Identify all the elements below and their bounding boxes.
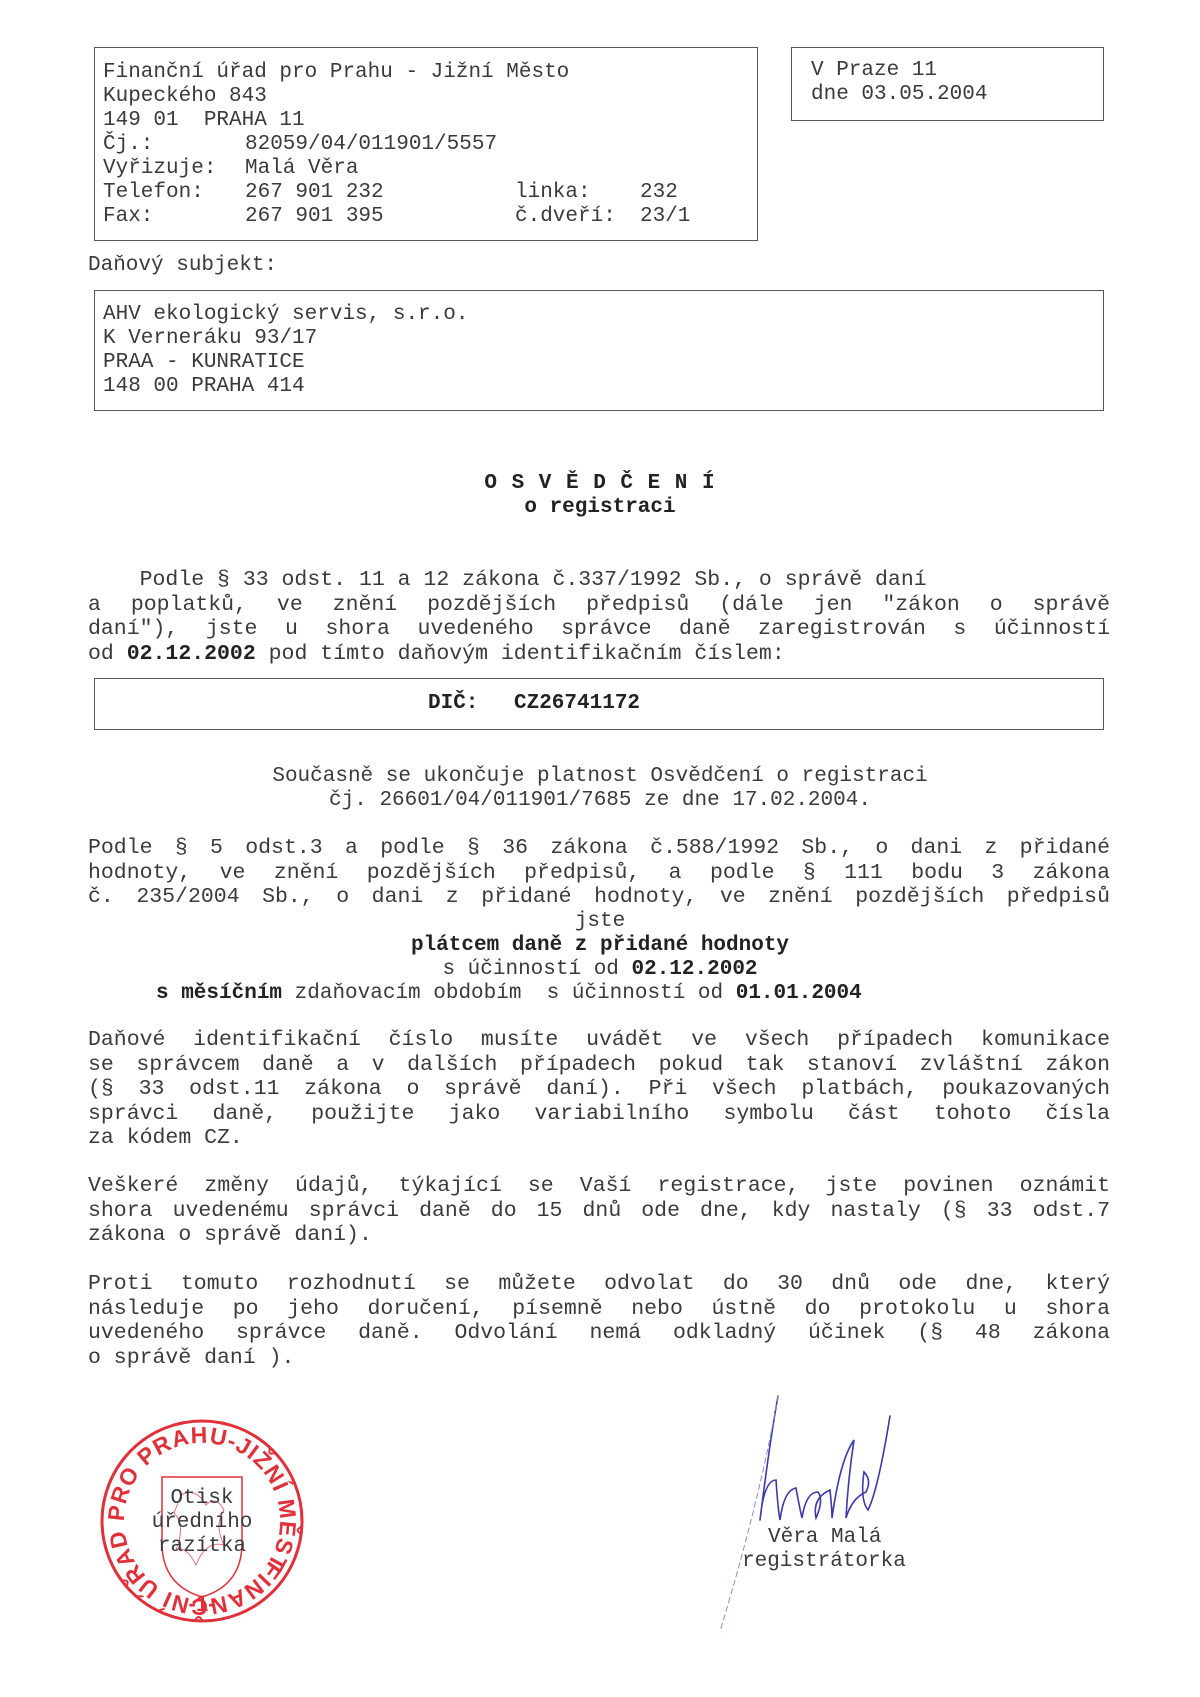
dic-usage-paragraph: Daňové identifikační číslo musíte uvádět… <box>88 1028 1110 1151</box>
intro-suffix: pod tímto daňovým identifikačním číslem: <box>256 642 785 666</box>
appeal-line: Proti tomuto rozhodnutí se můžete odvola… <box>88 1272 1110 1297</box>
door-value: 23/1 <box>640 205 690 229</box>
door-label: č.dveří: <box>515 205 616 229</box>
subject-label: Daňový subjekt: <box>88 254 277 278</box>
document-title: O S V Ě D Č E N Í <box>0 472 1200 496</box>
place: V Praze 11 <box>811 59 937 83</box>
dic-usage-line: (§ 33 odst.11 zákona o správě daní). Při… <box>88 1077 1110 1102</box>
phone-label: Telefon: <box>103 181 204 205</box>
vat-effective: s účinností od 02.12.2002 <box>0 958 1200 982</box>
date: dne 03.05.2004 <box>811 83 987 107</box>
termination-line-1: Současně se ukončuje platnost Osvědčení … <box>0 765 1200 789</box>
phone-value: 267 901 232 <box>245 181 384 205</box>
document-subtitle: o registraci <box>0 496 1200 520</box>
official-stamp: FINANČNÍ ÚŘAD PRO PRAHU-JIŽNÍ MĚSTO -1- … <box>96 1415 308 1627</box>
appeal-line: o správě daní ). <box>88 1346 1110 1371</box>
intro-paragraph: Podle § 33 odst. 11 a 12 zákona č.337/19… <box>88 568 1110 666</box>
fax-label: Fax: <box>103 205 153 229</box>
stamp-placeholder-3: razítka <box>96 1535 308 1559</box>
vat-effective-date: 02.12.2002 <box>632 958 758 981</box>
subject-district: PRAA - KUNRATICE <box>103 351 305 375</box>
handler-value: Malá Věra <box>245 157 358 181</box>
vat-paragraph: Podle § 5 odst.3 a podle § 36 zákona č.5… <box>88 836 1110 910</box>
dic-usage-line: Daňové identifikační číslo musíte uvádět… <box>88 1028 1110 1053</box>
intro-line: daní"), jste u shora uvedeného správce d… <box>88 617 1110 642</box>
dic-value: CZ26741172 <box>514 692 640 716</box>
stamp-number: -1- <box>189 1591 216 1616</box>
office-street: Kupeckého 843 <box>103 85 267 109</box>
dic-label: DIČ: <box>428 692 478 716</box>
dic-usage-line: se správcem daně a v dalších případech p… <box>88 1053 1110 1078</box>
appeal-paragraph: Proti tomuto rozhodnutí se můžete odvola… <box>88 1272 1110 1370</box>
intro-line: Podle § 33 odst. 11 a 12 zákona č.337/19… <box>88 568 1110 593</box>
subject-street: K Verneráku 93/17 <box>103 327 317 351</box>
ext-label: linka: <box>515 181 591 205</box>
subject-name: AHV ekologický servis, s.r.o. <box>103 303 468 327</box>
signatory-role: registrátorka <box>742 1550 906 1574</box>
vat-line: č. 235/2004 Sb., o dani z přidané hodnot… <box>88 885 1110 910</box>
signatory-name: Věra Malá <box>768 1526 881 1550</box>
vat-jste: jste <box>0 910 1200 934</box>
vat-period-date: 01.01.2004 <box>736 982 862 1005</box>
office-city: 149 01 PRAHA 11 <box>103 109 305 133</box>
vat-line: hodnoty, ve znění pozdějších předpisů, a… <box>88 861 1110 886</box>
subject-city: 148 00 PRAHA 414 <box>103 375 305 399</box>
cj-label: Čj.: <box>103 133 153 157</box>
fax-value: 267 901 395 <box>245 205 384 229</box>
changes-line: Veškeré změny údajů, týkající se Vaší re… <box>88 1174 1110 1199</box>
ext-value: 232 <box>640 181 678 205</box>
dic-usage-line: za kódem CZ. <box>88 1126 1110 1151</box>
vat-period-bold: s měsíčním <box>156 982 282 1005</box>
intro-line-last: od 02.12.2002 pod tímto daňovým identifi… <box>88 642 1110 667</box>
vat-period-text: zdaňovacím obdobím s účinností od <box>282 982 736 1005</box>
appeal-line: uvedeného správce daně. Odvolání nemá od… <box>88 1321 1110 1346</box>
vat-period: s měsíčním zdaňovacím obdobím s účinnost… <box>156 982 862 1006</box>
cj-value: 82059/04/011901/5557 <box>245 133 497 157</box>
vat-payer: plátcem daně z přidané hodnoty <box>0 934 1200 958</box>
termination-line-2: čj. 26601/04/011901/7685 ze dne 17.02.20… <box>0 789 1200 813</box>
office-name: Finanční úřad pro Prahu - Jižní Město <box>103 61 569 85</box>
changes-line: zákona o správě daní). <box>88 1223 1110 1248</box>
changes-paragraph: Veškeré změny údajů, týkající se Vaší re… <box>88 1174 1110 1248</box>
intro-prefix: od <box>88 642 127 666</box>
signature-block: Věra Malá registrátorka <box>720 1380 960 1640</box>
vat-line: Podle § 5 odst.3 a podle § 36 zákona č.5… <box>88 836 1110 861</box>
intro-line: a poplatků, ve znění pozdějších předpisů… <box>88 593 1110 618</box>
stamp-placeholder-2: úředního <box>96 1511 308 1535</box>
handler-label: Vyřizuje: <box>103 157 216 181</box>
dic-usage-line: správci daně, použijte jako variabilního… <box>88 1102 1110 1127</box>
changes-line: shora uvedenému správci daně do 15 dnů o… <box>88 1199 1110 1224</box>
vat-effective-prefix: s účinností od <box>442 958 631 981</box>
stamp-placeholder-1: Otisk <box>96 1487 308 1511</box>
signature-scribble-icon <box>720 1380 960 1640</box>
appeal-line: následuje po jeho doručení, písemně nebo… <box>88 1297 1110 1322</box>
registration-date: 02.12.2002 <box>127 642 256 666</box>
